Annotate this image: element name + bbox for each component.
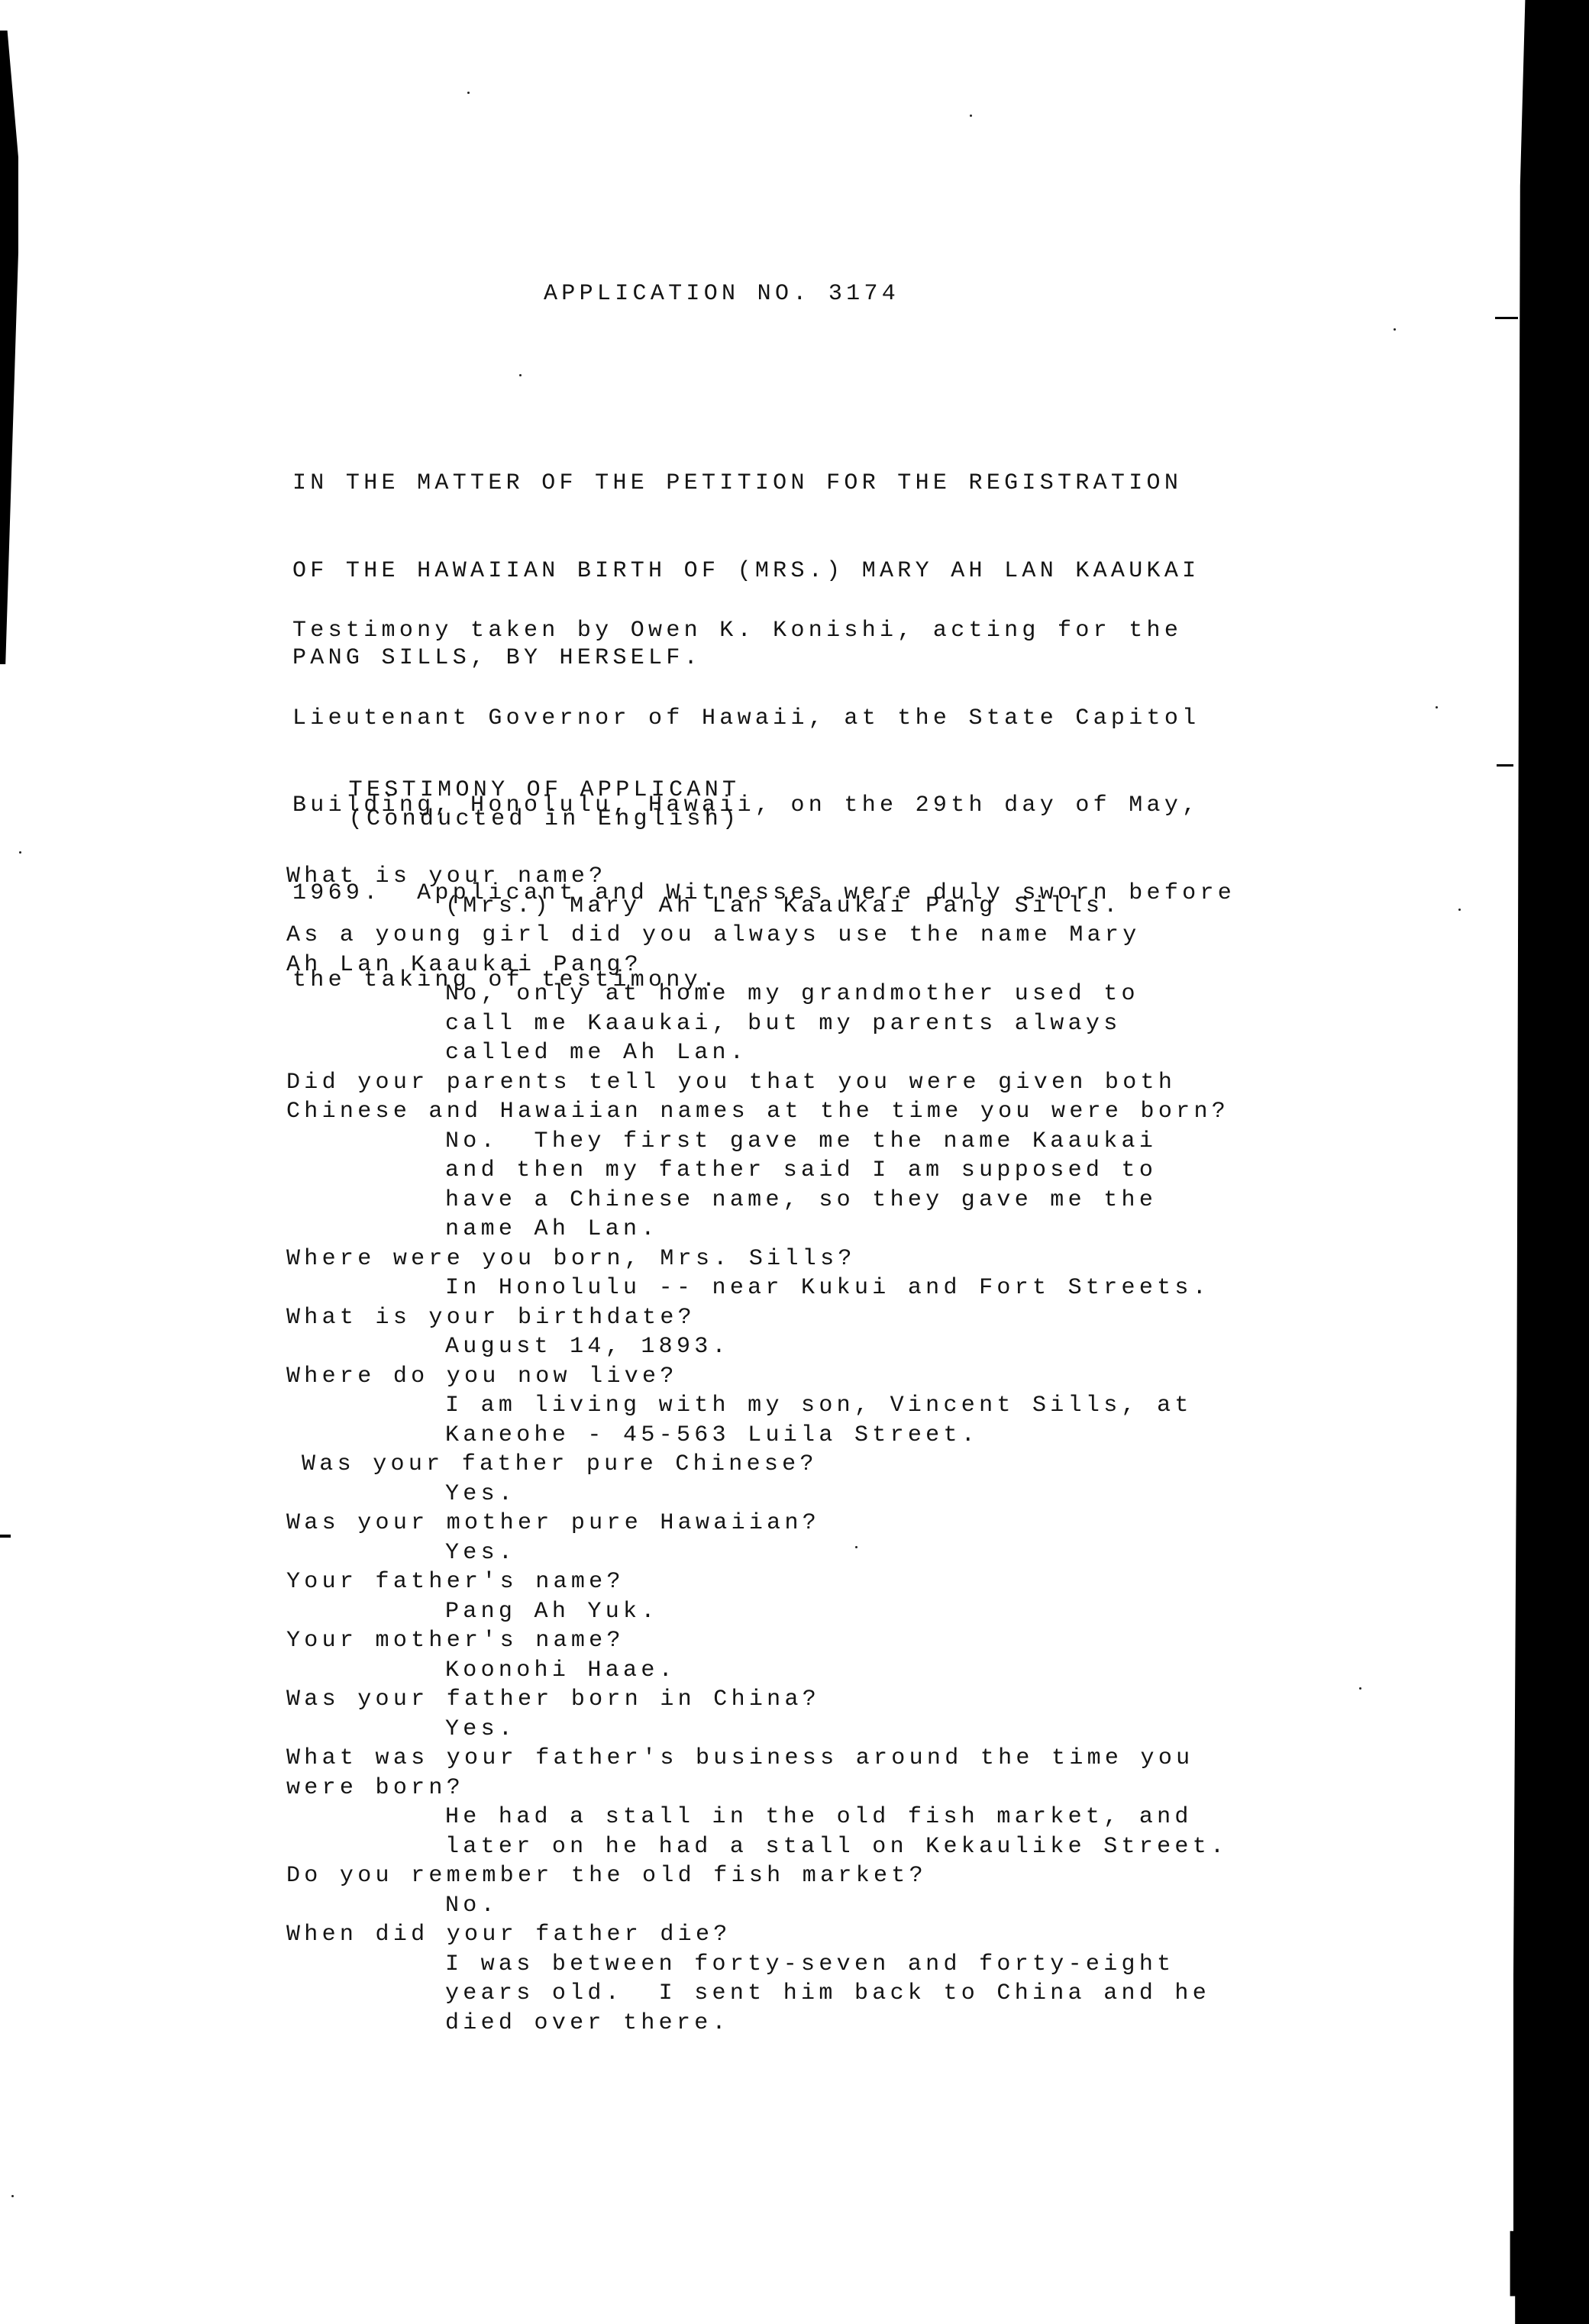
testimony-question-line: What is your name?	[0, 862, 1374, 892]
testimony-answer-line: (Mrs.) Mary Ah Lan Kaaukai Pang Sills.	[0, 892, 1374, 922]
testimony-answer-line: called me Ah Lan.	[0, 1038, 1374, 1068]
scan-speck	[519, 374, 522, 376]
testimony-question-line: Your father's name?	[0, 1567, 1374, 1597]
caption-line: IN THE MATTER OF THE PETITION FOR THE RE…	[292, 469, 1200, 499]
testimony-question-line: Your mother's name?	[0, 1626, 1374, 1656]
testimony-transcript: What is your name?(Mrs.) Mary Ah Lan Kaa…	[0, 862, 1374, 2038]
testimony-question-line: What is your birthdate?	[0, 1303, 1374, 1333]
testimony-answer-line: Yes.	[0, 1538, 1374, 1568]
testimony-question-line: Where were you born, Mrs. Sills?	[0, 1244, 1374, 1274]
testimony-question-line: As a young girl did you always use the n…	[0, 921, 1374, 951]
section-heading: TESTIMONY OF APPLICANT	[21, 776, 1067, 805]
scan-edge-shadow-right	[1505, 0, 1589, 2324]
application-number-title: APPLICATION NO. 3174	[544, 279, 899, 308]
testimony-answer-line: Yes.	[0, 1715, 1374, 1745]
testimony-answer-line: No, only at home my grandmother used to	[0, 980, 1374, 1009]
testimony-answer-line: and then my father said I am supposed to	[0, 1156, 1374, 1186]
testimony-answer-line: call me Kaaukai, but my parents always	[0, 1009, 1374, 1039]
scan-speck	[467, 92, 470, 94]
testimony-answer-line: later on he had a stall on Kekaulike Str…	[0, 1832, 1374, 1862]
scan-speck	[1436, 706, 1438, 708]
testimony-answer-line: I was between forty-seven and forty-eigh…	[0, 1950, 1374, 1980]
testimony-answer-line: He had a stall in the old fish market, a…	[0, 1803, 1374, 1832]
testimony-question-line: When did your father die?	[0, 1920, 1374, 1950]
scan-mark	[1495, 317, 1518, 319]
scan-speck	[970, 115, 972, 117]
testimony-answer-line: have a Chinese name, so they gave me the	[0, 1186, 1374, 1215]
section-subheading: (Conducted in English)	[21, 805, 1067, 834]
paragraph-line: Testimony taken by Owen K. Konishi, acti…	[292, 616, 1235, 646]
scan-speck	[1359, 1687, 1361, 1690]
scan-edge-shadow-left	[0, 31, 18, 664]
testimony-answer-line: years old. I sent him back to China and …	[0, 1979, 1374, 2009]
scan-speck	[855, 1546, 857, 1548]
testimony-answer-line: died over there.	[0, 2009, 1374, 2038]
testimony-question-line: Was your father born in China?	[0, 1685, 1374, 1715]
testimony-question-line: were born?	[0, 1774, 1374, 1803]
testimony-question-line: Was your mother pure Hawaiian?	[0, 1509, 1374, 1538]
scan-speck	[1458, 909, 1461, 911]
paragraph-line: Lieutenant Governor of Hawaii, at the St…	[292, 704, 1235, 734]
testimony-question-line: Where do you now live?	[0, 1362, 1374, 1392]
testimony-question-line: Chinese and Hawaiian names at the time y…	[0, 1097, 1374, 1127]
testimony-question-line: Was your father pure Chinese?	[0, 1450, 1374, 1480]
testimony-answer-line: Yes.	[0, 1480, 1374, 1509]
testimony-answer-line: No.	[0, 1891, 1374, 1921]
testimony-answer-line: In Honolulu -- near Kukui and Fort Stree…	[0, 1273, 1374, 1303]
scan-speck	[19, 851, 21, 854]
testimony-answer-line: Kaneohe - 45-563 Luila Street.	[0, 1421, 1374, 1451]
testimony-answer-line: I am living with my son, Vincent Sills, …	[0, 1391, 1374, 1421]
scan-speck	[11, 2195, 14, 2197]
testimony-answer-line: name Ah Lan.	[0, 1215, 1374, 1244]
testimony-question-line: Did your parents tell you that you were …	[0, 1068, 1374, 1098]
testimony-answer-line: Pang Ah Yuk.	[0, 1597, 1374, 1627]
scanned-document-page: APPLICATION NO. 3174 IN THE MATTER OF TH…	[0, 0, 1589, 2324]
testimony-question-line: Do you remember the old fish market?	[0, 1861, 1374, 1891]
testimony-question-line: Ah Lan Kaaukai Pang?	[0, 951, 1374, 980]
testimony-question-line: What was your father's business around t…	[0, 1744, 1374, 1774]
testimony-answer-line: Koonohi Haae.	[0, 1656, 1374, 1686]
testimony-answer-line: August 14, 1893.	[0, 1332, 1374, 1362]
scan-mark	[1497, 764, 1513, 767]
scan-speck	[1394, 328, 1396, 331]
testimony-answer-line: No. They first gave me the name Kaaukai	[0, 1127, 1374, 1157]
